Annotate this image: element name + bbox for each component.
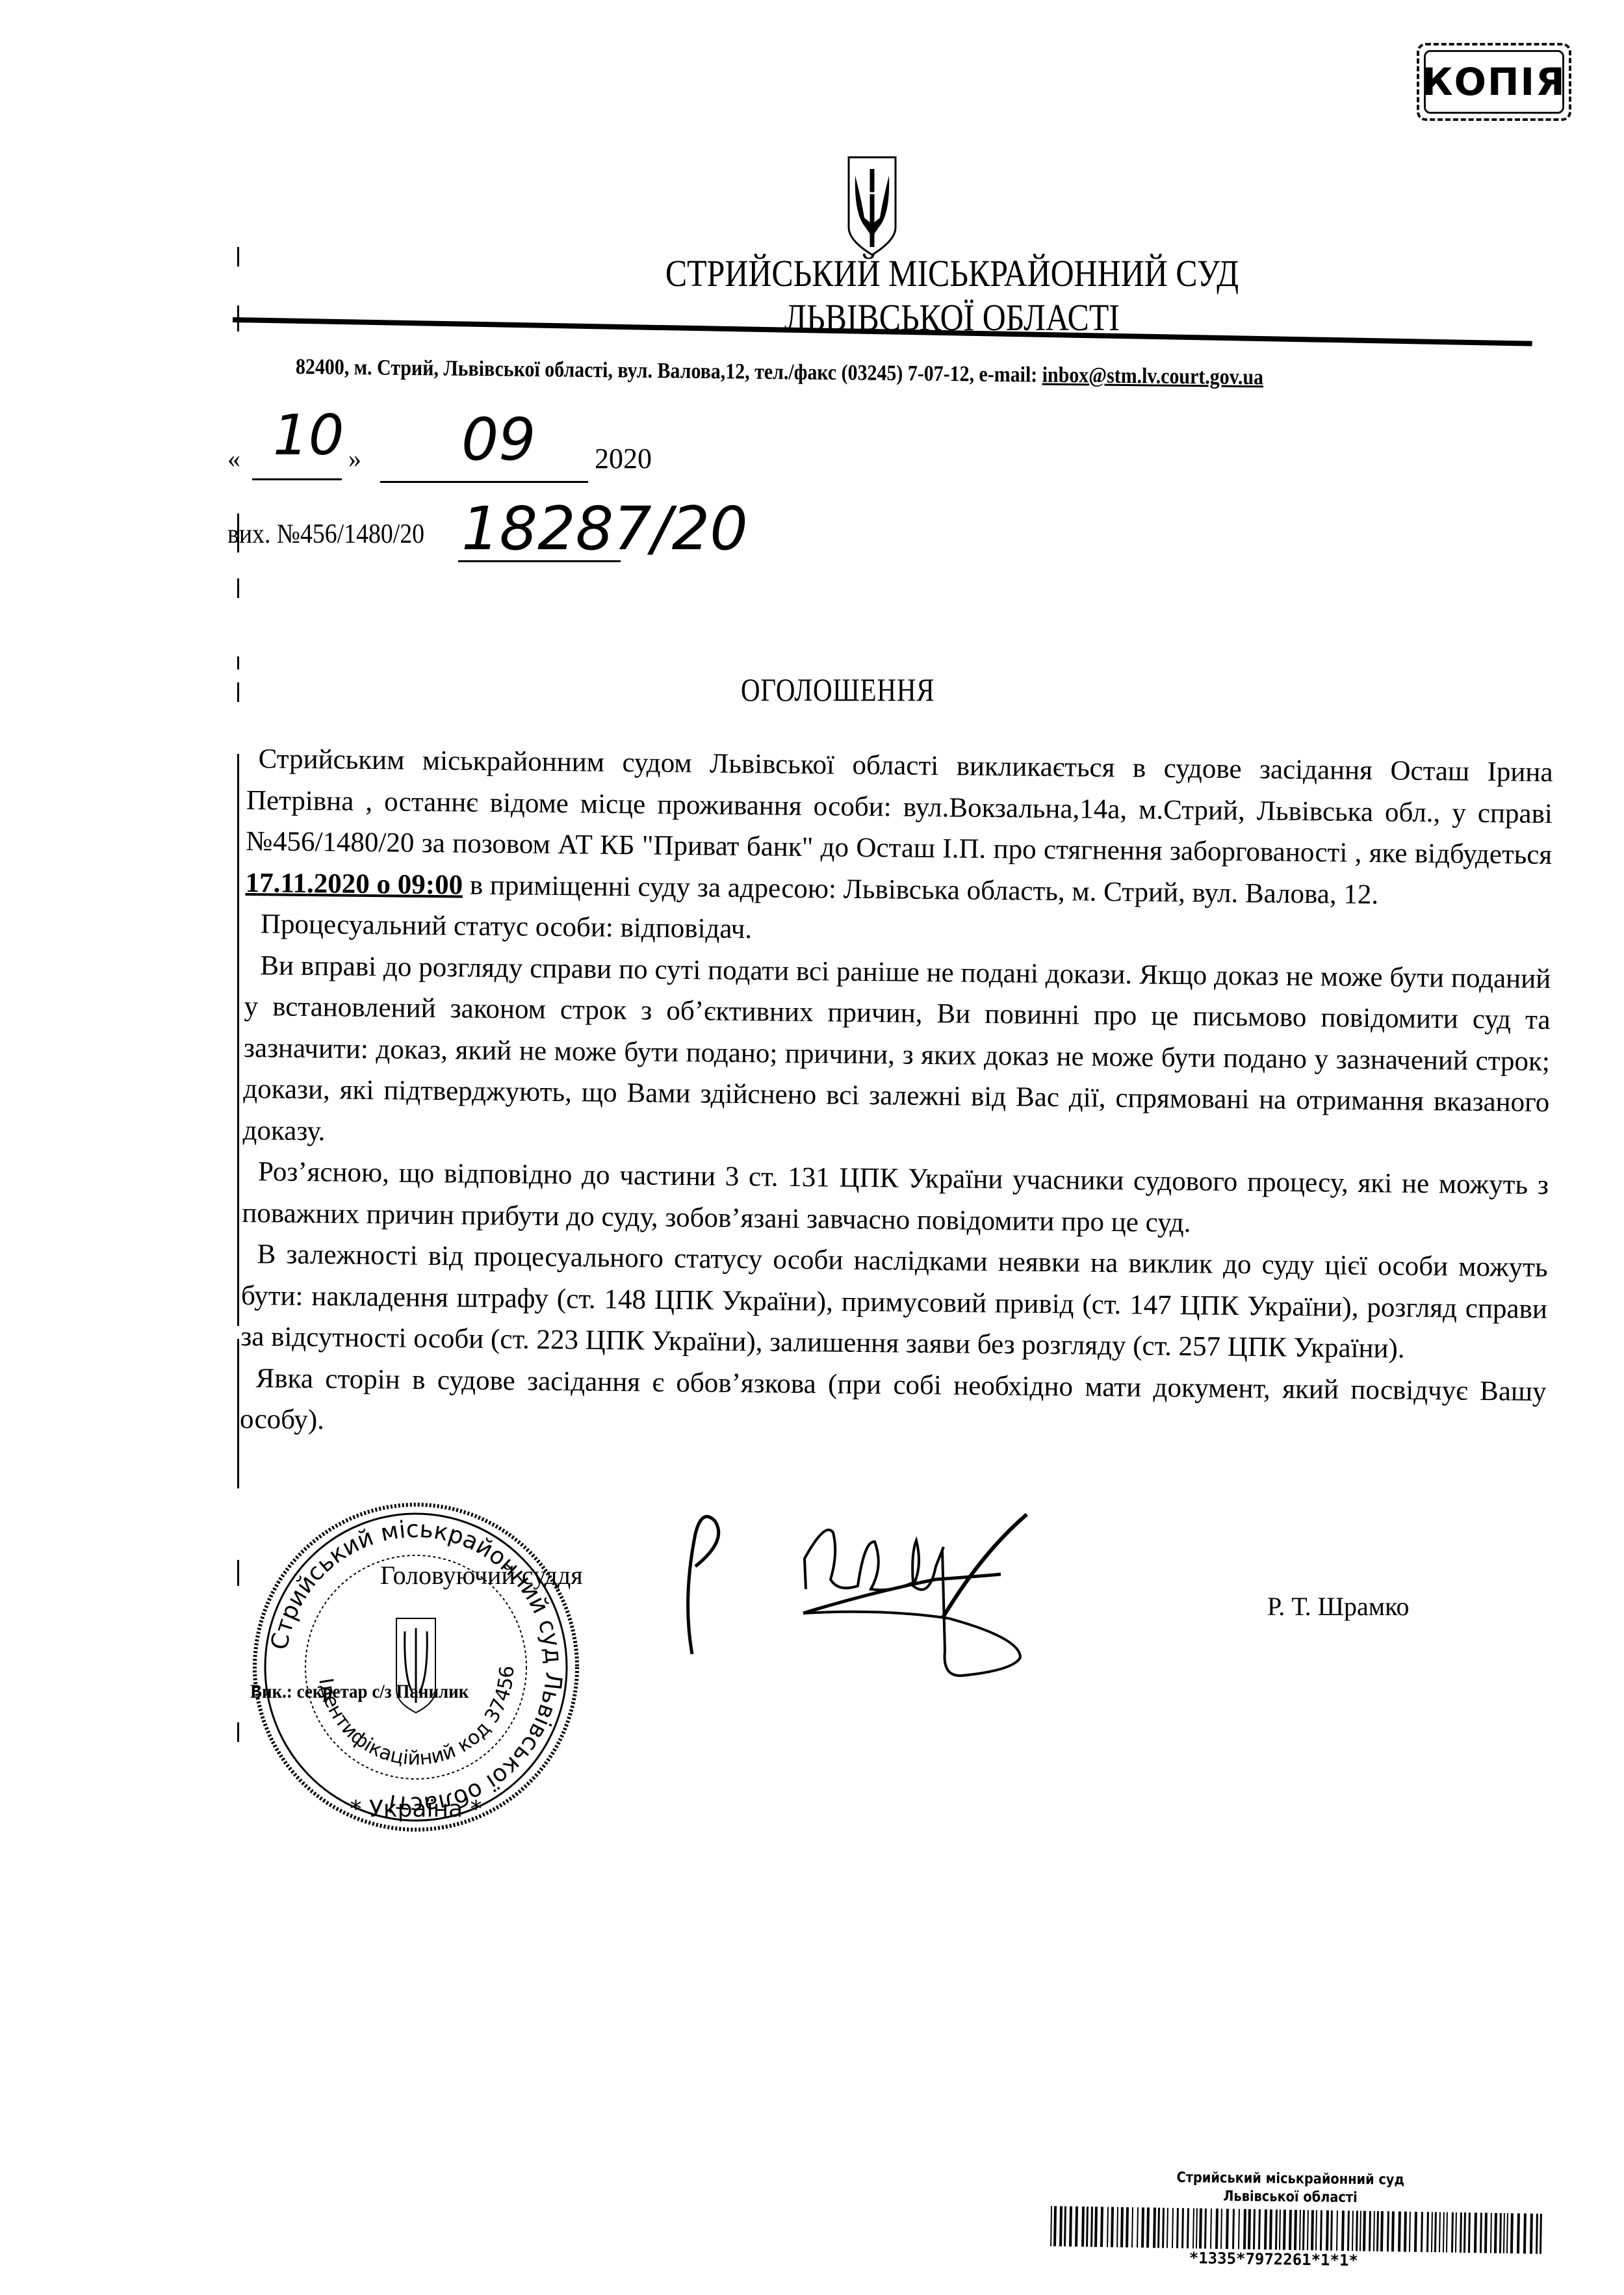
date-close-quote: » <box>348 443 361 474</box>
margin-mark <box>237 247 239 266</box>
margin-mark <box>237 1722 239 1742</box>
margin-mark <box>237 578 239 598</box>
court-seal-icon: Стрийський міськрайонний суд Львівської … <box>250 1501 582 1833</box>
announcement-body: Стрийським міськрайонним судом Львівсько… <box>240 738 1553 1453</box>
day-underline <box>252 478 342 480</box>
address-text: 82400, м. Стрий, Львівської області, вул… <box>296 355 1042 387</box>
margin-mark <box>237 656 239 669</box>
margin-mark <box>237 305 239 331</box>
day-handwritten: 10 <box>273 403 344 468</box>
document-barcode <box>1050 2206 1545 2254</box>
court-name-line1: СТРИЙСЬКИЙ МІСЬКРАЙОННИЙ СУД <box>469 255 1436 292</box>
presiding-judge-label: Головуючий суддя <box>380 1560 583 1590</box>
paragraph-notification: Роз’ясною, що відповідно до частини 3 ст… <box>242 1151 1549 1247</box>
month-handwritten: 09 <box>461 406 536 474</box>
margin-mark <box>237 1339 239 1488</box>
court-address: 82400, м. Стрий, Львівської області, вул… <box>296 355 1263 390</box>
margin-mark <box>237 682 239 702</box>
judge-name: Р. Т. Шрамко <box>1267 1591 1410 1622</box>
month-underline <box>380 481 588 483</box>
date-year: 2020 <box>595 442 652 475</box>
reference-handwritten: 18287/20 <box>461 494 748 564</box>
secretary-label: Вик.: секретар с/з Панилик <box>250 1681 469 1703</box>
seal-bottom-text: * Україна * <box>350 1796 482 1822</box>
paragraph-evidence: Ви вправі до розгляду справи по суті под… <box>242 944 1551 1165</box>
judge-signature-icon <box>656 1495 1306 1709</box>
document-title: ОГОЛОШЕННЯ <box>741 671 934 708</box>
coat-of-arms-icon <box>846 156 898 256</box>
paragraph-attendance: Явка сторін в судове засідання є обов’яз… <box>240 1357 1547 1453</box>
margin-mark <box>237 754 239 1326</box>
copy-stamp: КОПІЯ <box>1417 43 1571 121</box>
date-row: « 10 » 09 2020 <box>227 403 682 481</box>
reference-label: вих. №456/1480/20 <box>227 519 424 550</box>
paragraph-consequences: В залежності від процесуального статусу … <box>240 1234 1548 1371</box>
date-open-quote: « <box>227 443 240 474</box>
barcode-number: *1335*7972261*1*1* <box>1189 2249 1359 2270</box>
hearing-datetime: 17.11.2020 о 09:00 <box>245 867 463 900</box>
paragraph-summons: Стрийським міськрайонним судом Львівсько… <box>245 738 1553 917</box>
copy-stamp-label: КОПІЯ <box>1424 50 1564 114</box>
outgoing-reference: вих. №456/1480/20 18287/20 <box>227 500 812 565</box>
margin-mark <box>237 1560 239 1586</box>
barcode-court-label: Стрийський міськрайонний суд Львівської … <box>1104 2168 1476 2209</box>
court-email-link[interactable]: inbox@stm.lv.court.gov.ua <box>1042 363 1264 390</box>
